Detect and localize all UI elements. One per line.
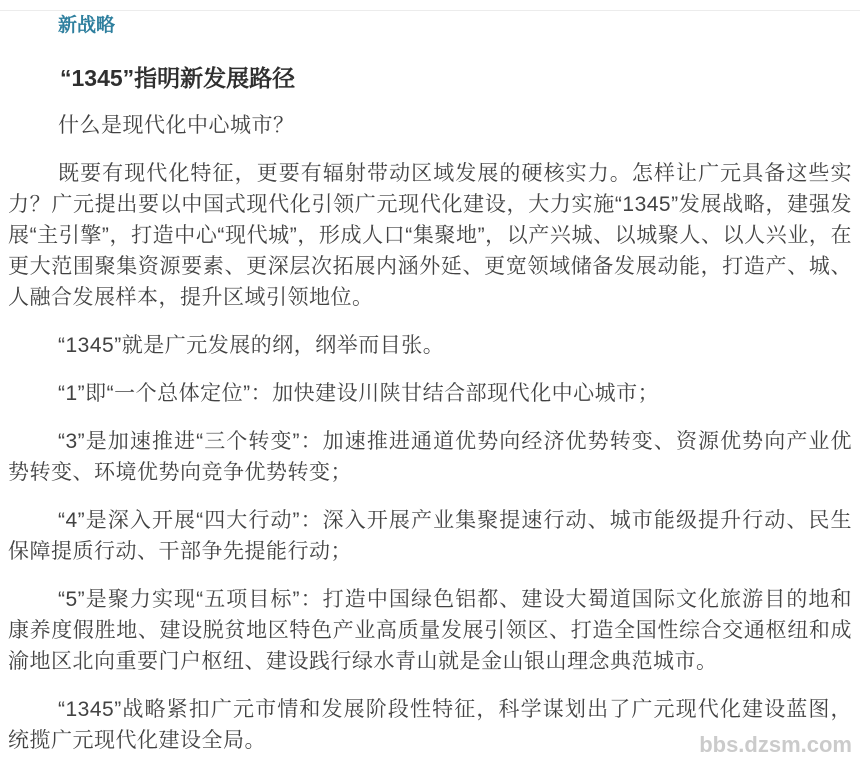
article-paragraph: 什么是现代化中心城市？: [8, 110, 852, 141]
article-paragraph: “4”是深入开展“四大行动”：深入开展产业集聚提速行动、城市能级提升行动、民生保…: [8, 505, 852, 567]
article-paragraph: “1345”就是广元发展的纲，纲举而目张。: [8, 330, 852, 361]
article-title: “1345”指明新发展路径: [60, 63, 852, 93]
section-label: 新战略: [58, 13, 852, 38]
article-paragraph: “1”即“一个总体定位”：加快建设川陕甘结合部现代化中心城市；: [8, 378, 852, 409]
article-paragraph: 既要有现代化特征，更要有辐射带动区域发展的硬核实力。怎样让广元具备这些实力？广元…: [8, 158, 852, 313]
article-page: { "header": { "section_label": "新战略" }, …: [0, 0, 860, 761]
site-watermark: bbs.dzsm.com: [699, 732, 852, 758]
article-content: 新战略 “1345”指明新发展路径 什么是现代化中心城市？ 既要有现代化特征，更…: [0, 13, 860, 756]
article-paragraph: “3”是加速推进“三个转变”：加速推进通道优势向经济优势转变、资源优势向产业优势…: [8, 426, 852, 488]
top-divider: [0, 10, 860, 11]
article-paragraph: “5”是聚力实现“五项目标”：打造中国绿色铝都、建设大蜀道国际文化旅游目的地和康…: [8, 584, 852, 677]
